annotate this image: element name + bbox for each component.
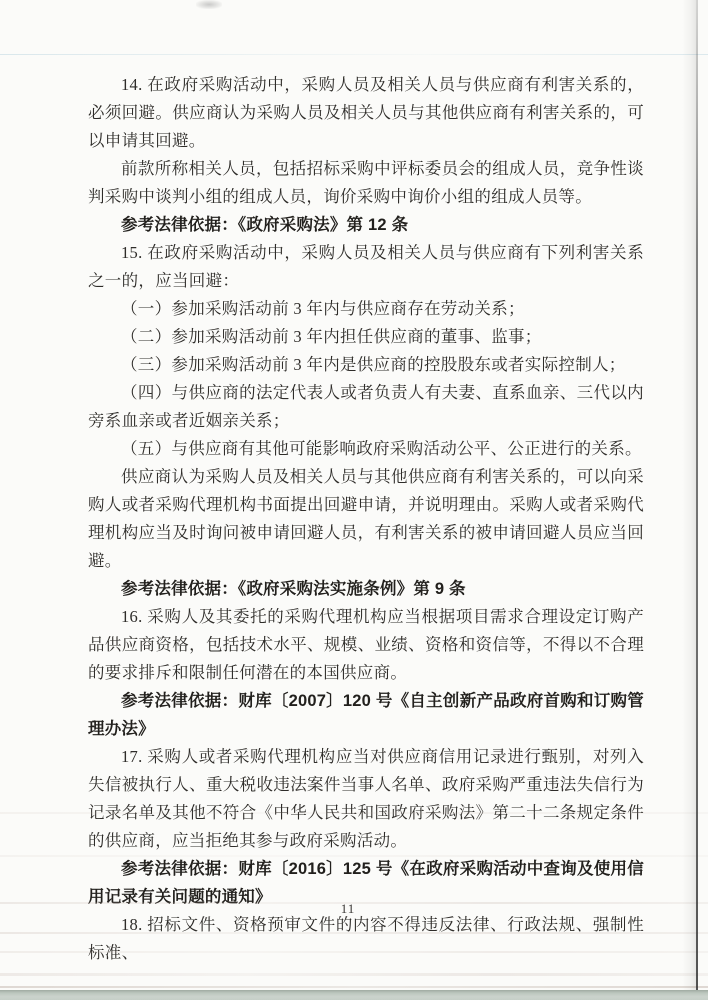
scanner-bed-strip (0, 990, 708, 1000)
scanned-document-page: 14. 在政府采购活动中，采购人员及相关人员与供应商有利害关系的，必须回避。供应… (0, 0, 708, 1000)
list-item-3: （三）参加采购活动前 3 年内是供应商的控股股东或者实际控制人； (88, 351, 644, 379)
legal-ref-gpl-art12: 参考法律依据：《政府采购法》第 12 条 (88, 211, 644, 239)
list-item-5: （五）与供应商有其他可能影响政府采购活动公平、公正进行的关系。 (88, 435, 644, 463)
scan-streak (0, 951, 708, 953)
legal-ref-regulations-art9: 参考法律依据：《政府采购法实施条例》第 9 条 (88, 575, 644, 603)
document-body: 14. 在政府采购活动中，采购人员及相关人员与供应商有利害关系的，必须回避。供应… (88, 71, 644, 967)
paper-edge-line (696, 0, 698, 1000)
list-item-1: （一）参加采购活动前 3 年内与供应商存在劳动关系； (88, 295, 644, 323)
paragraph-14-note: 前款所称相关人员，包括招标采购中评标委员会的组成人员，竞争性谈判采购中谈判小组的… (88, 155, 644, 211)
scan-streak (0, 902, 708, 904)
paragraph-15: 15. 在政府采购活动中，采购人员及相关人员与供应商有下列利害关系之一的，应当回… (88, 239, 644, 295)
paragraph-18: 18. 招标文件、资格预审文件的内容不得违反法律、行政法规、强制性标准、 (88, 911, 644, 967)
scan-streak (0, 932, 708, 934)
paragraph-16: 16. 采购人及其委托的采购代理机构应当根据项目需求合理设定订购产品供应商资格，… (88, 603, 644, 687)
scan-streak (0, 973, 708, 976)
scan-artifact-top-line (0, 54, 708, 55)
scan-streak (0, 855, 708, 857)
legal-ref-caiku-2007-120: 参考法律依据：财库〔2007〕120 号《自主创新产品政府首购和订购管理办法》 (88, 687, 644, 743)
list-item-2: （二）参加采购活动前 3 年内担任供应商的董事、监事； (88, 323, 644, 351)
scan-streak (0, 986, 708, 988)
scan-smudge (196, 0, 222, 9)
paragraph-14: 14. 在政府采购活动中，采购人员及相关人员与供应商有利害关系的，必须回避。供应… (88, 71, 644, 155)
paragraph-17: 17. 采购人或者采购代理机构应当对供应商信用记录进行甄别，对列入失信被执行人、… (88, 743, 644, 855)
scan-streak (0, 812, 708, 814)
list-item-4: （四）与供应商的法定代表人或者负责人有夫妻、直系血亲、三代以内旁系血亲或者近姻亲… (88, 379, 644, 435)
paragraph-15-note: 供应商认为采购人员及相关人员与其他供应商有利害关系的，可以向采购人或者采购代理机… (88, 463, 644, 575)
